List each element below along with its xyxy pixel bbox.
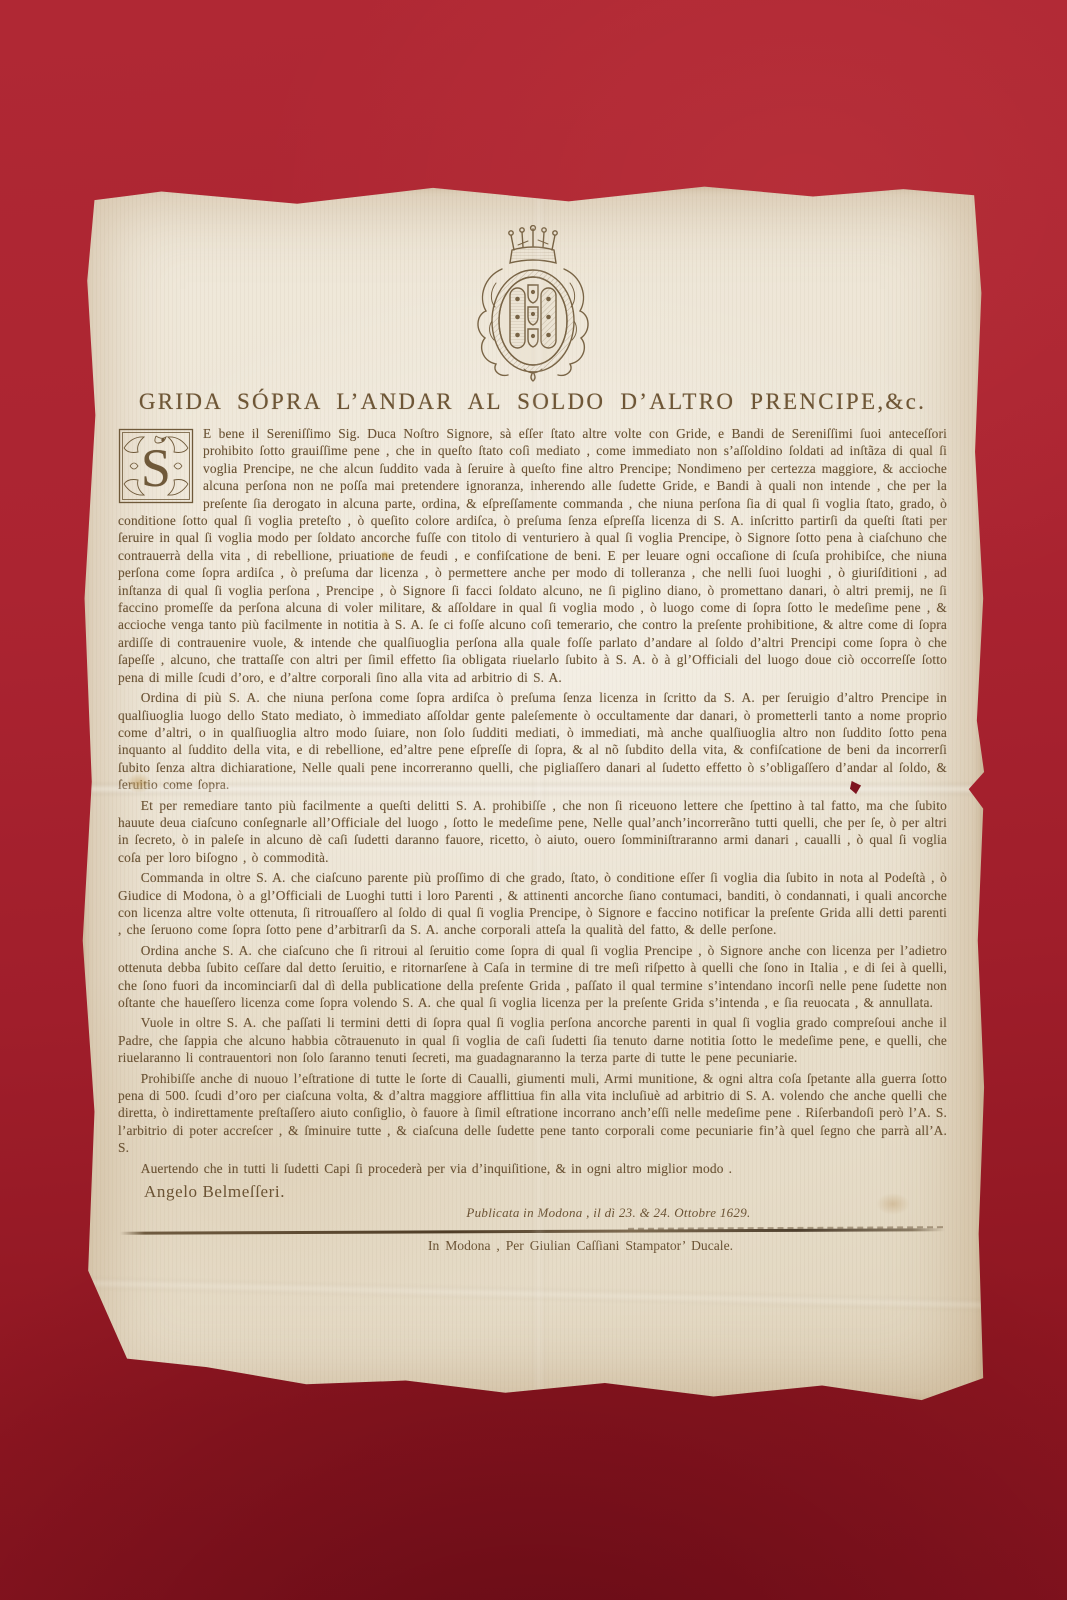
document-page: GRIDA SÓPRA L’ANDAR AL SOLDO D’ALTRO PRE… (80, 183, 985, 1405)
signature: Angelo Belmeſſeri. (144, 1182, 947, 1202)
paragraph: Vuole in oltre S. A. che paſſati li term… (118, 1014, 947, 1066)
page-title: GRIDA SÓPRA L’ANDAR AL SOLDO D’ALTRO PRE… (118, 389, 947, 415)
photo-backdrop: GRIDA SÓPRA L’ANDAR AL SOLDO D’ALTRO PRE… (0, 0, 1067, 1600)
paragraph: Commanda in oltre S. A. che ciaſcuno par… (118, 869, 947, 939)
ducal-crest-icon (466, 225, 600, 383)
drop-cap-letter-glyph: S (141, 438, 171, 498)
paragraph: Ordina di più S. A. che niuna perſona co… (118, 689, 947, 793)
document-body: S E bene il Sereniſſimo Sig. Duca Noſtro… (118, 425, 947, 1177)
publication-line: Publicata in Modona , il dì 23. & 24. Ot… (194, 1205, 1023, 1221)
divider-rule (120, 1228, 945, 1235)
drop-cap-woodcut: S (118, 428, 194, 504)
colophon: In Modona , Per Giulian Caſſiani Stampat… (166, 1238, 995, 1254)
paragraph: Prohibiſſe anche di nuouo l’eſtratione d… (118, 1070, 947, 1157)
fold-crease (80, 1277, 985, 1311)
paragraph-text: E bene il Sereniſſimo Sig. Duca Noſtro S… (118, 426, 947, 685)
paragraph: Ordina anche S. A. che ciaſcuno che ſi r… (118, 942, 947, 1012)
paragraph: Et per remediare tanto più facilmente a … (118, 797, 947, 867)
paragraph: S E bene il Sereniſſimo Sig. Duca Noſtro… (118, 425, 947, 686)
paragraph: Auertendo che in tutti li ſudetti Capi ſ… (118, 1160, 947, 1177)
